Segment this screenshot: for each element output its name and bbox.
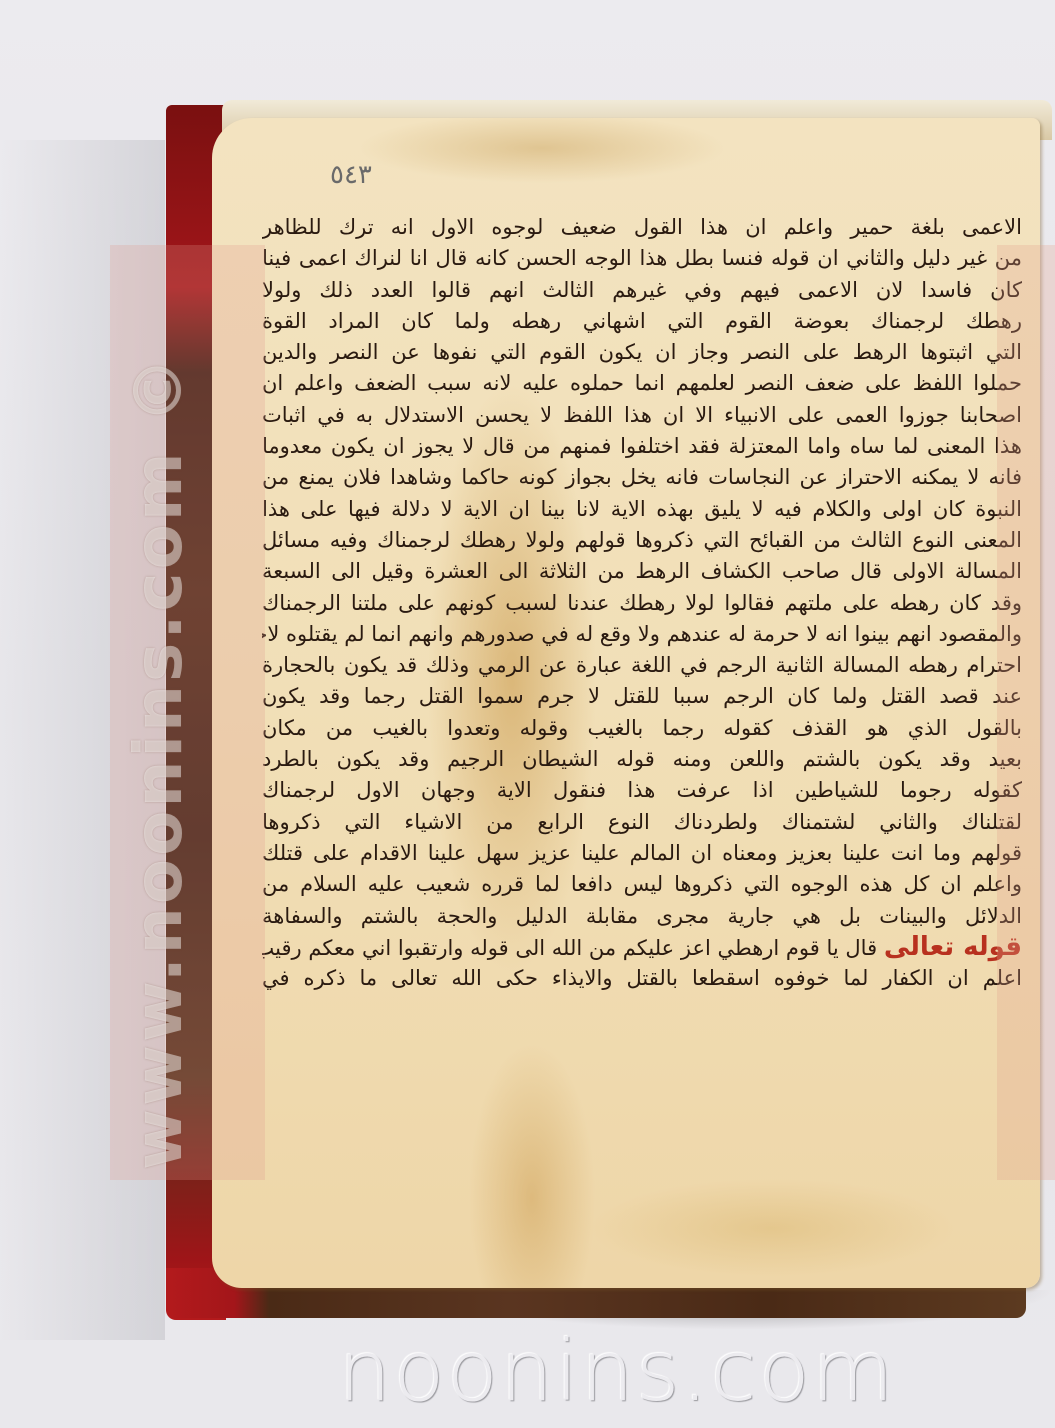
text-line: فانه لا يمكنه الاحتراز عن النجاسات فانه …: [262, 462, 1022, 493]
text-line: التي اثبتوها الرهط على النصر وجاز ان يكو…: [262, 337, 1022, 368]
text-line: عند قصد القتل ولما كان الرجم سببا للقتل …: [262, 681, 1022, 712]
text-line-content: قال يا قوم ارهطي اعز عليكم من الله الى ق…: [262, 936, 877, 960]
text-line-with-heading: قوله تعالى قال يا قوم ارهطي اعز عليكم من…: [262, 932, 1022, 963]
text-line: المعنى النوع الثالث من القبائح التي ذكرو…: [262, 525, 1022, 556]
manuscript-text: الاعمى بلغة حمير واعلم ان هذا القول ضعيف…: [262, 212, 1022, 994]
text-line: لقتلناك والثاني لشتمناك ولطردناك النوع ا…: [262, 807, 1022, 838]
text-line: رهطك لرجمناك بعوضة القوم التي اشهاني رهط…: [262, 306, 1022, 337]
watermark-vertical-text: www.noonins.com ©: [120, 354, 197, 1170]
text-line: والمقصود انهم بينوا انه لا حرمة له عندهم…: [262, 619, 1022, 650]
text-line: المسالة الاولى قال صاحب الكشاف الرهط من …: [262, 556, 1022, 587]
text-line: اصحابنا جوزوا العمى على الانبياء الا ان …: [262, 400, 1022, 431]
text-line: النبوة كان اولى والكلام فيه لا يليق بهذه…: [262, 494, 1022, 525]
text-line: بالقول الذي هو القذف كقوله رجما بالغيب و…: [262, 713, 1022, 744]
text-line: الاعمى بلغة حمير واعلم ان هذا القول ضعيف…: [262, 212, 1022, 243]
text-line: وقد كان رهطه على ملتهم فقالوا لولا رهطك …: [262, 588, 1022, 619]
text-line: اعلم ان الكفار لما خوفوه اسقطعا بالقتل و…: [262, 963, 1022, 994]
text-line: احترام رهطه المسالة الثانية الرجم في الل…: [262, 650, 1022, 681]
text-line: واعلم ان كل هذه الوجوه التي ذكروها ليس د…: [262, 869, 1022, 900]
text-line: قولهم وما انت علينا بعزيز ومعناه ان الما…: [262, 838, 1022, 869]
text-line: بعيد وقد يكون بالشتم واللعن ومنه قوله ال…: [262, 744, 1022, 775]
text-line: حملوا اللفظ على ضعف النصر لعلمهم انما حم…: [262, 368, 1022, 399]
watermark-bottom-text: noonins.com: [338, 1322, 896, 1420]
text-line: كقوله رجوما للشياطين اذا عرفت هذا فنقول …: [262, 775, 1022, 806]
text-line: من غير دليل والثاني ان قوله فنسا بطل هذا…: [262, 243, 1022, 274]
text-line: كان فاسدا لان الاعمى فيهم وفي غيرهم الثا…: [262, 275, 1022, 306]
folio-number: ٥٤٣: [330, 160, 372, 190]
text-line: الدلائل والبينات بل هي جارية مجرى مقابلة…: [262, 901, 1022, 932]
watermark-band-right: [997, 245, 1055, 1180]
text-line: هذا المعنى لما ساه واما المعتزلة فقد اخت…: [262, 431, 1022, 462]
